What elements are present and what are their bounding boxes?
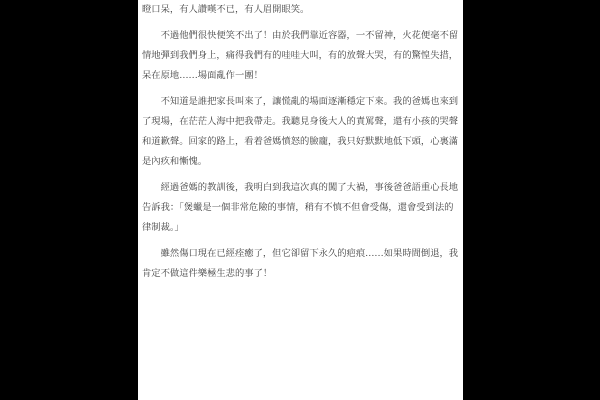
text-line: 雖然傷口現在已經痊癒了，但它卻留下永久的疤痕……如果時間倒退，我 [142, 244, 461, 264]
text-line: 經過爸媽的教訓後，我明白到我這次真的闖了大禍，事後爸爸語重心長地 [142, 178, 461, 198]
text-line: 是內疚和慚愧。 [142, 152, 461, 172]
text-line: 情地彈到我們身上，痛得我們有的哇哇大叫，有的放聲大哭，有的驚惶失措， [142, 46, 461, 66]
letterbox-backdrop: 瞪口呆，有人讚嘆不已，有人眉開眼笑。不過他們很快便笑不出了！由於我們靠近容器，一… [0, 0, 600, 400]
document-page: 瞪口呆，有人讚嘆不已，有人眉開眼笑。不過他們很快便笑不出了！由於我們靠近容器，一… [138, 0, 463, 400]
paragraph: 瞪口呆，有人讚嘆不已，有人眉開眼笑。 [142, 0, 461, 20]
text-line: 呆在原地……場面亂作一團！ [142, 66, 461, 86]
paragraph: 雖然傷口現在已經痊癒了，但它卻留下永久的疤痕……如果時間倒退，我肯定不做這件樂極… [142, 244, 461, 284]
text-line: 律制裁。」 [142, 218, 461, 238]
text-line: 不過他們很快便笑不出了！由於我們靠近容器，一不留神，火花便毫不留 [142, 26, 461, 46]
text-line: 和道歉聲。回家的路上，看着爸媽憤怒的臉龐，我只好默默地低下頭，心裏滿 [142, 132, 461, 152]
text-line: 瞪口呆，有人讚嘆不已，有人眉開眼笑。 [142, 0, 461, 20]
text-line: 告訴我：「煲蠟是一個非常危險的事情，稍有不慎不但會受傷，還會受到法的 [142, 198, 461, 218]
text-line: 了現場，在茫茫人海中把我帶走。我聽見身後大人的責罵聲，還有小孩的哭聲 [142, 112, 461, 132]
document-text: 瞪口呆，有人讚嘆不已，有人眉開眼笑。不過他們很快便笑不出了！由於我們靠近容器，一… [138, 0, 463, 284]
paragraph: 經過爸媽的教訓後，我明白到我這次真的闖了大禍，事後爸爸語重心長地告訴我：「煲蠟是… [142, 178, 461, 238]
text-line: 肯定不做這件樂極生悲的事了！ [142, 264, 461, 284]
paragraph: 不知道是誰把家長叫來了，讓慌亂的場面逐漸穩定下來。我的爸媽也來到了現場，在茫茫人… [142, 92, 461, 172]
paragraph: 不過他們很快便笑不出了！由於我們靠近容器，一不留神，火花便毫不留情地彈到我們身上… [142, 26, 461, 86]
text-line: 不知道是誰把家長叫來了，讓慌亂的場面逐漸穩定下來。我的爸媽也來到 [142, 92, 461, 112]
